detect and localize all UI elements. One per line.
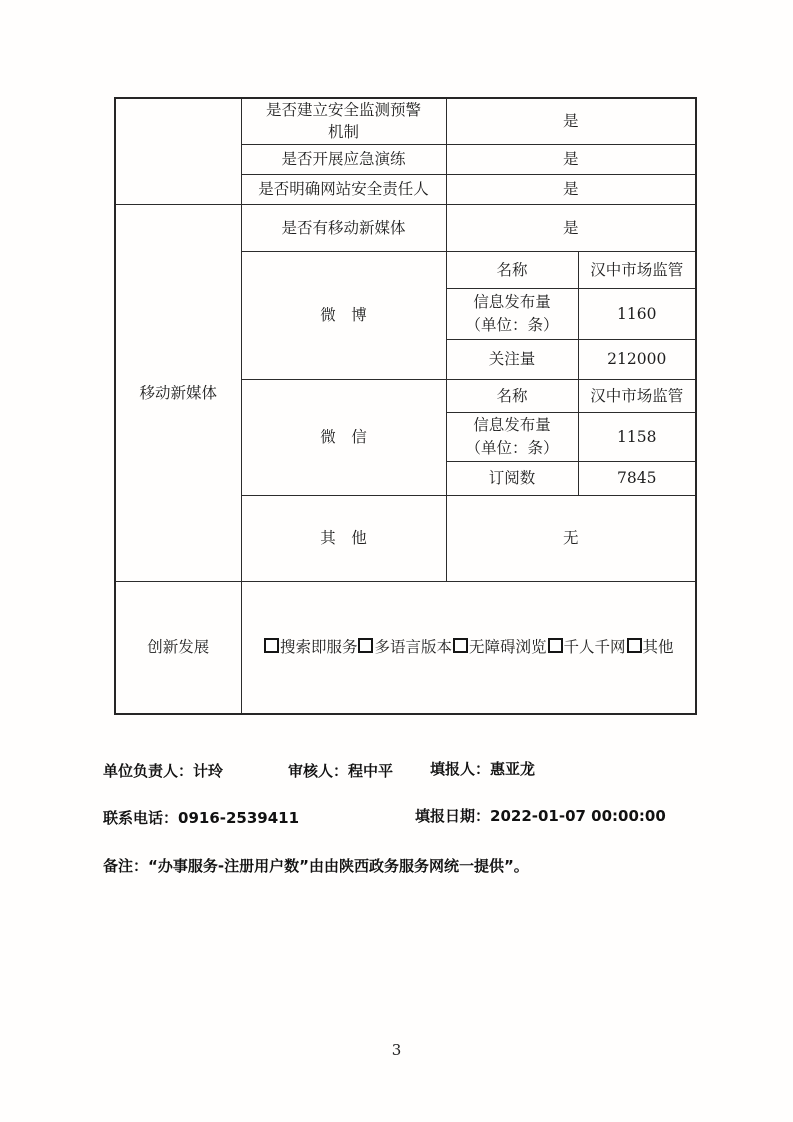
innovation-option-label: 无障碍浏览	[469, 638, 547, 656]
question-security-monitoring: 是否建立安全监测预警 机制	[241, 98, 446, 144]
form-filler: 填报人：惠亚龙	[430, 758, 535, 779]
page-number: 3	[0, 1041, 793, 1059]
remarks-note: 备注：“办事服务-注册用户数”由由陕西政务服务网统一提供”。	[103, 855, 529, 876]
report-table: 是否建立安全监测预警 机制 是 是否开展应急演练 是 是否明确网站安全责任人 是…	[114, 97, 697, 715]
form-filler-value: 惠亚龙	[490, 760, 535, 778]
innovation-options-cell: 搜索即服务多语言版本无障碍浏览千人千网其他	[241, 581, 696, 714]
weibo-label: 微 博	[241, 251, 446, 379]
volume-label-line: 信息发布量	[451, 291, 574, 313]
other-media-label: 其 他	[241, 495, 446, 581]
weibo-followers-label: 关注量	[446, 339, 578, 379]
volume-label-line: 信息发布量	[451, 414, 574, 436]
contact-phone: 联系电话：0916-2539411	[103, 807, 299, 828]
checkbox-icon[interactable]	[453, 638, 468, 653]
filing-date-value: 2022-01-07 00:00:00	[490, 807, 666, 825]
unit-responsible-value: 计玲	[193, 762, 223, 780]
category-mobile-media: 移动新媒体	[115, 204, 241, 581]
filing-date: 填报日期：2022-01-07 00:00:00	[415, 805, 666, 826]
reviewer: 审核人：程中平	[288, 760, 393, 781]
wechat-subscribers-label: 订阅数	[446, 461, 578, 495]
answer-emergency-drill: 是	[446, 144, 696, 174]
wechat-volume-label: 信息发布量 （单位：条）	[446, 412, 578, 461]
question-has-mobile-media: 是否有移动新媒体	[241, 204, 446, 251]
weibo-name-value: 汉中市场监管	[578, 251, 696, 288]
wechat-name-label: 名称	[446, 379, 578, 412]
filing-date-label: 填报日期：	[415, 807, 490, 825]
innovation-options-row: 搜索即服务多语言版本无障碍浏览千人千网其他	[263, 638, 674, 656]
other-media-value: 无	[446, 495, 696, 581]
weibo-name-label: 名称	[446, 251, 578, 288]
innovation-option-label: 千人千网	[564, 638, 626, 656]
answer-security-monitoring: 是	[446, 98, 696, 144]
checkbox-icon[interactable]	[264, 638, 279, 653]
weibo-volume-label: 信息发布量 （单位：条）	[446, 288, 578, 339]
reviewer-label: 审核人：	[288, 762, 348, 780]
weibo-volume-value: 1160	[578, 288, 696, 339]
document-page: 是否建立安全监测预警 机制 是 是否开展应急演练 是 是否明确网站安全责任人 是…	[0, 0, 793, 1122]
answer-has-mobile-media: 是	[446, 204, 696, 251]
contact-phone-value: 0916-2539411	[178, 809, 299, 827]
volume-label-line: （单位：条）	[451, 314, 574, 336]
category-innovation: 创新发展	[115, 581, 241, 714]
contact-phone-label: 联系电话：	[103, 809, 178, 827]
checkbox-icon[interactable]	[627, 638, 642, 653]
reviewer-value: 程中平	[348, 762, 393, 780]
wechat-subscribers-value: 7845	[578, 461, 696, 495]
category-cell-empty	[115, 98, 241, 204]
wechat-label: 微 信	[241, 379, 446, 495]
question-security-officer: 是否明确网站安全责任人	[241, 174, 446, 204]
checkbox-icon[interactable]	[548, 638, 563, 653]
innovation-option-label: 多语言版本	[374, 638, 452, 656]
innovation-option-label: 搜索即服务	[280, 638, 358, 656]
weibo-followers-value: 212000	[578, 339, 696, 379]
form-filler-label: 填报人：	[430, 760, 490, 778]
innovation-option-label: 其他	[643, 638, 674, 656]
answer-security-officer: 是	[446, 174, 696, 204]
question-line: 机制	[246, 121, 442, 143]
unit-responsible-label: 单位负责人：	[103, 762, 193, 780]
checkbox-icon[interactable]	[358, 638, 373, 653]
unit-responsible-person: 单位负责人：计玲	[103, 760, 223, 781]
wechat-volume-value: 1158	[578, 412, 696, 461]
question-emergency-drill: 是否开展应急演练	[241, 144, 446, 174]
wechat-name-value: 汉中市场监管	[578, 379, 696, 412]
question-line: 是否建立安全监测预警	[246, 99, 442, 121]
volume-label-line: （单位：条）	[451, 437, 574, 459]
